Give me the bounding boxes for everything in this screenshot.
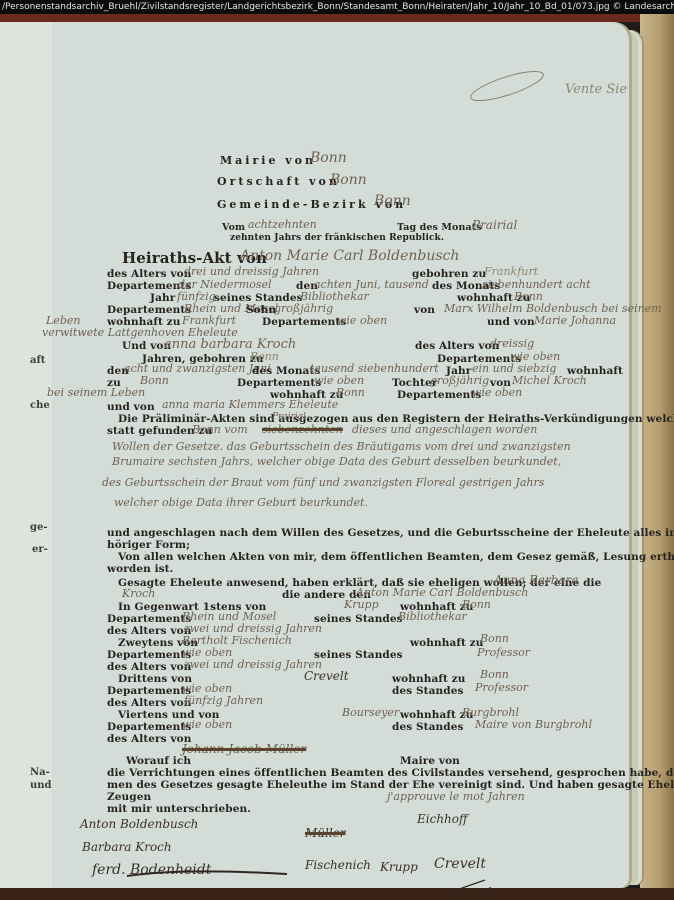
groom-jahr-label: Jahr xyxy=(150,292,175,304)
vom-label: Vom xyxy=(222,222,245,233)
closing-line-4: mit mir unterschrieben. xyxy=(107,803,251,815)
corner-note: Vente Sie xyxy=(565,82,627,97)
witness-3-wohnhaft-value: Bonn xyxy=(480,668,509,681)
maire-label: Maire von xyxy=(400,755,460,767)
signature-flourish-icon xyxy=(440,874,500,900)
groom-dept3-label: Departements xyxy=(262,316,346,328)
witness-1-name: Krupp xyxy=(344,598,379,611)
witness-3-stand-label: des Standes xyxy=(392,685,464,697)
worauf-label: Worauf ich xyxy=(126,755,191,767)
ortschaft-label: Ortschaft von xyxy=(217,175,340,188)
groom-dept3-value: wie oben xyxy=(337,314,387,327)
groom-von-label: von xyxy=(414,304,435,316)
book-binding-top xyxy=(0,14,674,22)
witness-2-wohnhaft-value: Bonn xyxy=(480,632,509,645)
paraph-flourish-icon xyxy=(462,64,552,104)
witness-3-dept-label: Departements xyxy=(107,685,191,697)
witness-1-stand-label: seines Standes xyxy=(314,613,403,625)
signature-witness: Fischenich xyxy=(305,858,371,872)
preliminary-insert: Prairial xyxy=(272,412,306,422)
struck-official-name: Johann Jacob Müller xyxy=(182,742,306,756)
witness-2-alter-label: des Alters von xyxy=(107,661,192,673)
archive-caption: /Personenstandsarchiv_Bruehl/Zivilstands… xyxy=(0,0,674,14)
witness-4-stand-value: Maire von Burgbrohl xyxy=(475,718,592,731)
preliminary-place: Bonn vom xyxy=(192,423,248,436)
witness-2-stand-label: seines Standes xyxy=(314,649,403,661)
ortschaft-value: Bonn xyxy=(330,172,367,188)
preliminary-line-4: höriger Form; xyxy=(107,539,190,551)
witness-3-wohnhaft-label: wohnhaft zu xyxy=(392,673,465,685)
signature-struck: Müller xyxy=(305,826,346,840)
facing-page-left: aft che ge- er- Na- und xyxy=(0,22,53,888)
groom-sohn-label: Sohn xyxy=(246,304,276,316)
closing-line-1: die Verrichtungen eines öffentlichen Bea… xyxy=(107,767,674,779)
witness-4-stand-label: des Standes xyxy=(392,721,464,733)
jahr-line: zehnten Jahrs der fränkischen Republick. xyxy=(230,233,444,243)
signature-witness: Crevelt xyxy=(434,856,486,872)
witness-3-name: Crevelt xyxy=(304,669,349,683)
preliminary-line-2-cont: dieses und angeschlagen worden xyxy=(352,423,537,436)
preliminary-line-6: worden ist. xyxy=(107,563,173,575)
left-page-fragment: Na- xyxy=(30,767,50,778)
tag-value: Prairial xyxy=(472,218,517,232)
preliminary-hand-line: des Geburtsschein der Braut vom fünf und… xyxy=(102,476,544,489)
bride-mother-label: und von xyxy=(107,401,155,413)
bride-leben-note: bei seinem Leben xyxy=(47,386,145,399)
bride-mother: anna maria Klemmers Eheleute xyxy=(162,398,338,411)
signature-official: Eichhoff xyxy=(417,812,468,826)
preliminary-line-5: Von allen welchen Akten von mir, dem öff… xyxy=(118,551,674,563)
witness-3-stand-value: Professor xyxy=(475,681,528,694)
declaration-bride-surname: Kroch xyxy=(122,587,155,600)
bride-wohnhaft2-value: Bonn xyxy=(336,386,365,399)
witness-2-alter-value: zwei und dreissig Jahren xyxy=(184,658,322,671)
witness-2-dept-label: Departements xyxy=(107,649,191,661)
bride-dept3-value: wie oben xyxy=(472,386,522,399)
approval-note: j'approuve le mot Jahren xyxy=(387,790,525,803)
tag-label: Tag des Monats xyxy=(397,222,482,233)
mairie-value: Bonn xyxy=(310,150,347,166)
left-page-fragment: aft xyxy=(30,355,45,366)
signature-bride: Barbara Kroch xyxy=(82,840,172,854)
groom-mother: Marie Johanna xyxy=(534,314,616,327)
groom-name: Anton Marie Carl Boldenbusch xyxy=(240,248,459,264)
bezirk-value: Bonn xyxy=(374,193,411,209)
mairie-label: Mairie von xyxy=(220,154,316,167)
bride-alter-value: dreissig xyxy=(490,337,534,350)
groom-sohn-value: großjährig xyxy=(274,302,333,315)
book-binding-bottom xyxy=(0,888,674,900)
bride-father: Michel Kroch xyxy=(512,374,587,387)
signature-groom: Anton Boldenbusch xyxy=(80,817,198,831)
witness-1-stand-value: Bibliothekar xyxy=(398,610,467,623)
witness-4-alter-label: des Alters von xyxy=(107,733,192,745)
left-page-fragment: che xyxy=(30,400,50,411)
witness-3-alter-value: fünfzig Jahren xyxy=(184,694,263,707)
preliminary-struck-word: siebenzehnten xyxy=(262,423,343,436)
signature-witness: Krupp xyxy=(380,860,418,874)
witness-2-wohnhaft-label: wohnhaft zu xyxy=(410,637,483,649)
witness-4-dept-value: wie oben xyxy=(182,718,232,731)
left-page-fragment: er- xyxy=(32,544,48,555)
witness-1-alter-label: des Alters von xyxy=(107,625,192,637)
witness-2-stand-value: Professor xyxy=(477,646,530,659)
signature-flourish-icon xyxy=(122,864,292,884)
vom-value: achtzehnten xyxy=(248,218,317,231)
bride-dept3-label: Departements xyxy=(397,389,481,401)
groom-dept2-label: Departements xyxy=(107,304,191,316)
left-page-fragment: ge- xyxy=(30,522,48,533)
closing-line-3: Zeugen xyxy=(107,791,151,803)
left-page-fragment: und xyxy=(30,780,52,791)
preliminary-hand-line: Wollen der Gesetze. das Geburtsschein de… xyxy=(112,440,571,453)
preliminary-hand-line: Brumaire sechsten Jahrs, welcher obige D… xyxy=(112,455,561,468)
witness-1-dept-label: Departements xyxy=(107,613,191,625)
groom-alter-value: drei und dreissig Jahren xyxy=(184,265,319,278)
preliminary-hand-line: welcher obige Data ihrer Geburt beurkund… xyxy=(114,496,368,509)
preliminary-line-3: und angeschlagen nach dem Willen des Ges… xyxy=(107,527,674,539)
witness-4-dept-label: Departements xyxy=(107,721,191,733)
bride-alter-label: des Alters von xyxy=(415,340,500,352)
declaration-bride-name: Anna Barbara xyxy=(494,573,579,587)
bride-dept2-label: Departements xyxy=(237,377,321,389)
witness-3-alter-label: des Alters von xyxy=(107,697,192,709)
groom-geboren-value: Frankfurt xyxy=(484,265,538,278)
marriage-record-page: Vente Sie Mairie von Bonn Ortschaft von … xyxy=(52,22,632,888)
groom-mother-label: und von xyxy=(487,316,535,328)
declaration-groom-name: Anton Marie Carl Boldenbusch xyxy=(356,586,528,599)
witness-4-name: Bourseyer xyxy=(342,706,399,719)
